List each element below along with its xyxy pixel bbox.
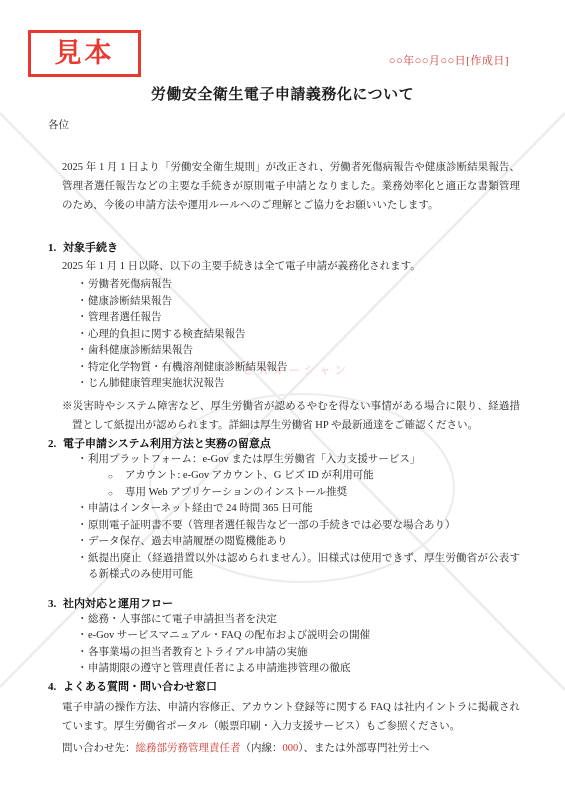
list-item-text: データ保存、過去申請履歴の閲覧機能あり xyxy=(88,536,288,547)
list-item-text: 原則電子証明書不要（管理者選任報告など一部の手続きでは必要な場合あり） xyxy=(88,520,456,531)
section-2-list: ・利用プラットフォーム：e-Gov または厚生労働省「入力支援サービス」 ○アカ… xyxy=(48,452,520,584)
list-item-text: 健康診断結果報告 xyxy=(88,296,172,307)
creation-date: ○○年○○月○○日[作成日] xyxy=(389,52,509,68)
list-item-text: 管理者選任報告 xyxy=(88,312,162,323)
section-3-heading-label: 社内対応と運用フロー xyxy=(63,598,173,610)
contact-extension: 000 xyxy=(283,743,299,754)
bullet-dot-icon: ・ xyxy=(77,518,88,535)
section-3-heading: 3.社内対応と運用フロー xyxy=(48,597,520,611)
sub-list-item: ○専用 Web アプリケーションのインストール推奨 xyxy=(48,485,520,502)
list-item: ・管理者選任報告 xyxy=(48,310,520,327)
list-item: ・じん肺健康管理実施状況報告 xyxy=(48,376,520,393)
bullet-dot-icon: ・ xyxy=(77,310,88,327)
section-2-heading: 2.電子申請システム利用方法と実務の留意点 xyxy=(48,437,520,451)
list-item-text: じん肺健康管理実施状況報告 xyxy=(88,378,225,389)
bullet-circle-icon: ○ xyxy=(108,469,113,486)
section-2-number: 2. xyxy=(48,437,63,451)
list-item: ・心理的負担に関する検査結果報告 xyxy=(48,327,520,344)
contact-responsible: 総務部労務管理責任者 xyxy=(136,743,241,754)
list-item: ・労働者死傷病報告 xyxy=(48,277,520,294)
section-1-heading-label: 対象手続き xyxy=(63,242,118,254)
list-item: ・特定化学物質・有機溶剤健康診断結果報告 xyxy=(48,360,520,377)
list-item: ・e-Gov サービスマニュアル・FAQ の配布および説明会の開催 xyxy=(48,628,520,645)
list-item: ・申請期限の遵守と管理責任者による申請進捗管理の徹底 xyxy=(48,661,520,678)
section-1-heading: 1.対象手続き xyxy=(48,241,520,255)
document-body: 2025 年 1 月 1 日より「労働安全衛生規則」が改正され、労働者死傷病報告… xyxy=(48,158,520,758)
sample-stamp-label: 見本 xyxy=(55,40,115,67)
list-item-text: 利用プラットフォーム：e-Gov または厚生労働省「入力支援サービス」 xyxy=(88,454,420,465)
list-item: ・健康診断結果報告 xyxy=(48,294,520,311)
contact-prefix: 問い合わせ先： xyxy=(62,743,136,754)
bullet-dot-icon: ・ xyxy=(77,628,88,645)
list-item-text: 特定化学物質・有機溶剤健康診断結果報告 xyxy=(88,362,288,373)
salutation: 各位 xyxy=(48,117,69,132)
sub-list-item-text: 専用 Web アプリケーションのインストール推奨 xyxy=(125,487,347,498)
list-item-text: 歯科健康診断結果報告 xyxy=(88,345,193,356)
list-item-text: 申請期限の遵守と管理責任者による申請進捗管理の徹底 xyxy=(88,663,351,674)
list-item-text: 心理的負担に関する検査結果報告 xyxy=(88,329,246,340)
list-item-text: 紙提出廃止（経過措置以外は認められません）。旧様式は使用できず、厚生労働省が公表… xyxy=(88,553,520,581)
contact-suffix: ）、または外部専門社労士へ xyxy=(298,743,429,754)
contact-mid: （内線： xyxy=(241,743,283,754)
bullet-dot-icon: ・ xyxy=(77,294,88,311)
section-1-list: ・労働者死傷病報告 ・健康診断結果報告 ・管理者選任報告 ・心理的負担に関する検… xyxy=(48,277,520,393)
section-2-heading-label: 電子申請システム利用方法と実務の留意点 xyxy=(63,438,271,450)
sample-stamp: 見本 xyxy=(28,30,141,77)
section-4-heading: 4.よくある質問・問い合わせ窓口 xyxy=(48,680,520,694)
bullet-dot-icon: ・ xyxy=(77,343,88,360)
section-4-number: 4. xyxy=(48,680,63,694)
list-item: ・データ保存、過去申請履歴の閲覧機能あり xyxy=(48,534,520,551)
intro-paragraph: 2025 年 1 月 1 日より「労働安全衛生規則」が改正され、労働者死傷病報告… xyxy=(62,158,520,215)
faq-paragraph: 電子申請の操作方法、申請内容修正、アカウント登録等に関する FAQ は社内イント… xyxy=(62,698,520,736)
list-item: ・利用プラットフォーム：e-Gov または厚生労働省「入力支援サービス」 xyxy=(48,452,520,469)
bullet-dot-icon: ・ xyxy=(77,277,88,294)
bullet-dot-icon: ・ xyxy=(77,360,88,377)
section-1-lead: 2025 年 1 月 1 日以降、以下の主要手続きは全て電子申請が義務化されます… xyxy=(62,258,520,276)
list-item: ・各事業場の担当者教育とトライアル申請の実施 xyxy=(48,645,520,662)
list-item: ・申請はインターネット経由で 24 時間 365 日可能 xyxy=(48,501,520,518)
list-item: ・歯科健康診断結果報告 xyxy=(48,343,520,360)
bullet-dot-icon: ・ xyxy=(77,645,88,662)
document-page: ビズオーシャン 見本 ○○年○○月○○日[作成日] 労働安全衛生電子申請義務化に… xyxy=(0,0,565,800)
section-3-list: ・総務・人事部にて電子申請担当者を決定 ・e-Gov サービスマニュアル・FAQ… xyxy=(48,612,520,678)
section-4-heading-label: よくある質問・問い合わせ窓口 xyxy=(63,681,217,693)
bullet-dot-icon: ・ xyxy=(77,501,88,518)
bullet-dot-icon: ・ xyxy=(77,551,88,568)
list-item: ・紙提出廃止（経過措置以外は認められません）。旧様式は使用できず、厚生労働省が公… xyxy=(48,551,520,584)
list-item-text: 労働者死傷病報告 xyxy=(88,279,172,290)
contact-line: 問い合わせ先：総務部労務管理責任者（内線：000）、または外部専門社労士へ xyxy=(62,739,520,758)
list-item-text: 総務・人事部にて電子申請担当者を決定 xyxy=(88,614,277,625)
list-item: ・総務・人事部にて電子申請担当者を決定 xyxy=(48,612,520,629)
bullet-dot-icon: ・ xyxy=(77,612,88,629)
bullet-dot-icon: ・ xyxy=(77,452,88,469)
list-item-text: 申請はインターネット経由で 24 時間 365 日可能 xyxy=(88,503,313,514)
list-item-text: 各事業場の担当者教育とトライアル申請の実施 xyxy=(88,647,307,658)
list-item-text: e-Gov サービスマニュアル・FAQ の配布および説明会の開催 xyxy=(88,630,370,641)
list-item: ・原則電子証明書不要（管理者選任報告など一部の手続きでは必要な場合あり） xyxy=(48,518,520,535)
bullet-dot-icon: ・ xyxy=(77,327,88,344)
bullet-circle-icon: ○ xyxy=(108,486,113,503)
document-title: 労働安全衛生電子申請義務化について xyxy=(0,83,565,104)
section-3-number: 3. xyxy=(48,597,63,611)
bullet-dot-icon: ・ xyxy=(77,534,88,551)
bullet-dot-icon: ・ xyxy=(77,661,88,678)
section-1-number: 1. xyxy=(48,241,63,255)
transitional-measure-note: ※災害時やシステム障害など、厚生労働省が認めるやむを得ない事情がある場合に限り、… xyxy=(62,397,520,435)
sub-list-item: ○アカウント: e-Gov アカウント、G ビズ ID が利用可能 xyxy=(48,468,520,485)
bullet-dot-icon: ・ xyxy=(77,376,88,393)
sub-list-item-text: アカウント: e-Gov アカウント、G ビズ ID が利用可能 xyxy=(125,470,374,481)
